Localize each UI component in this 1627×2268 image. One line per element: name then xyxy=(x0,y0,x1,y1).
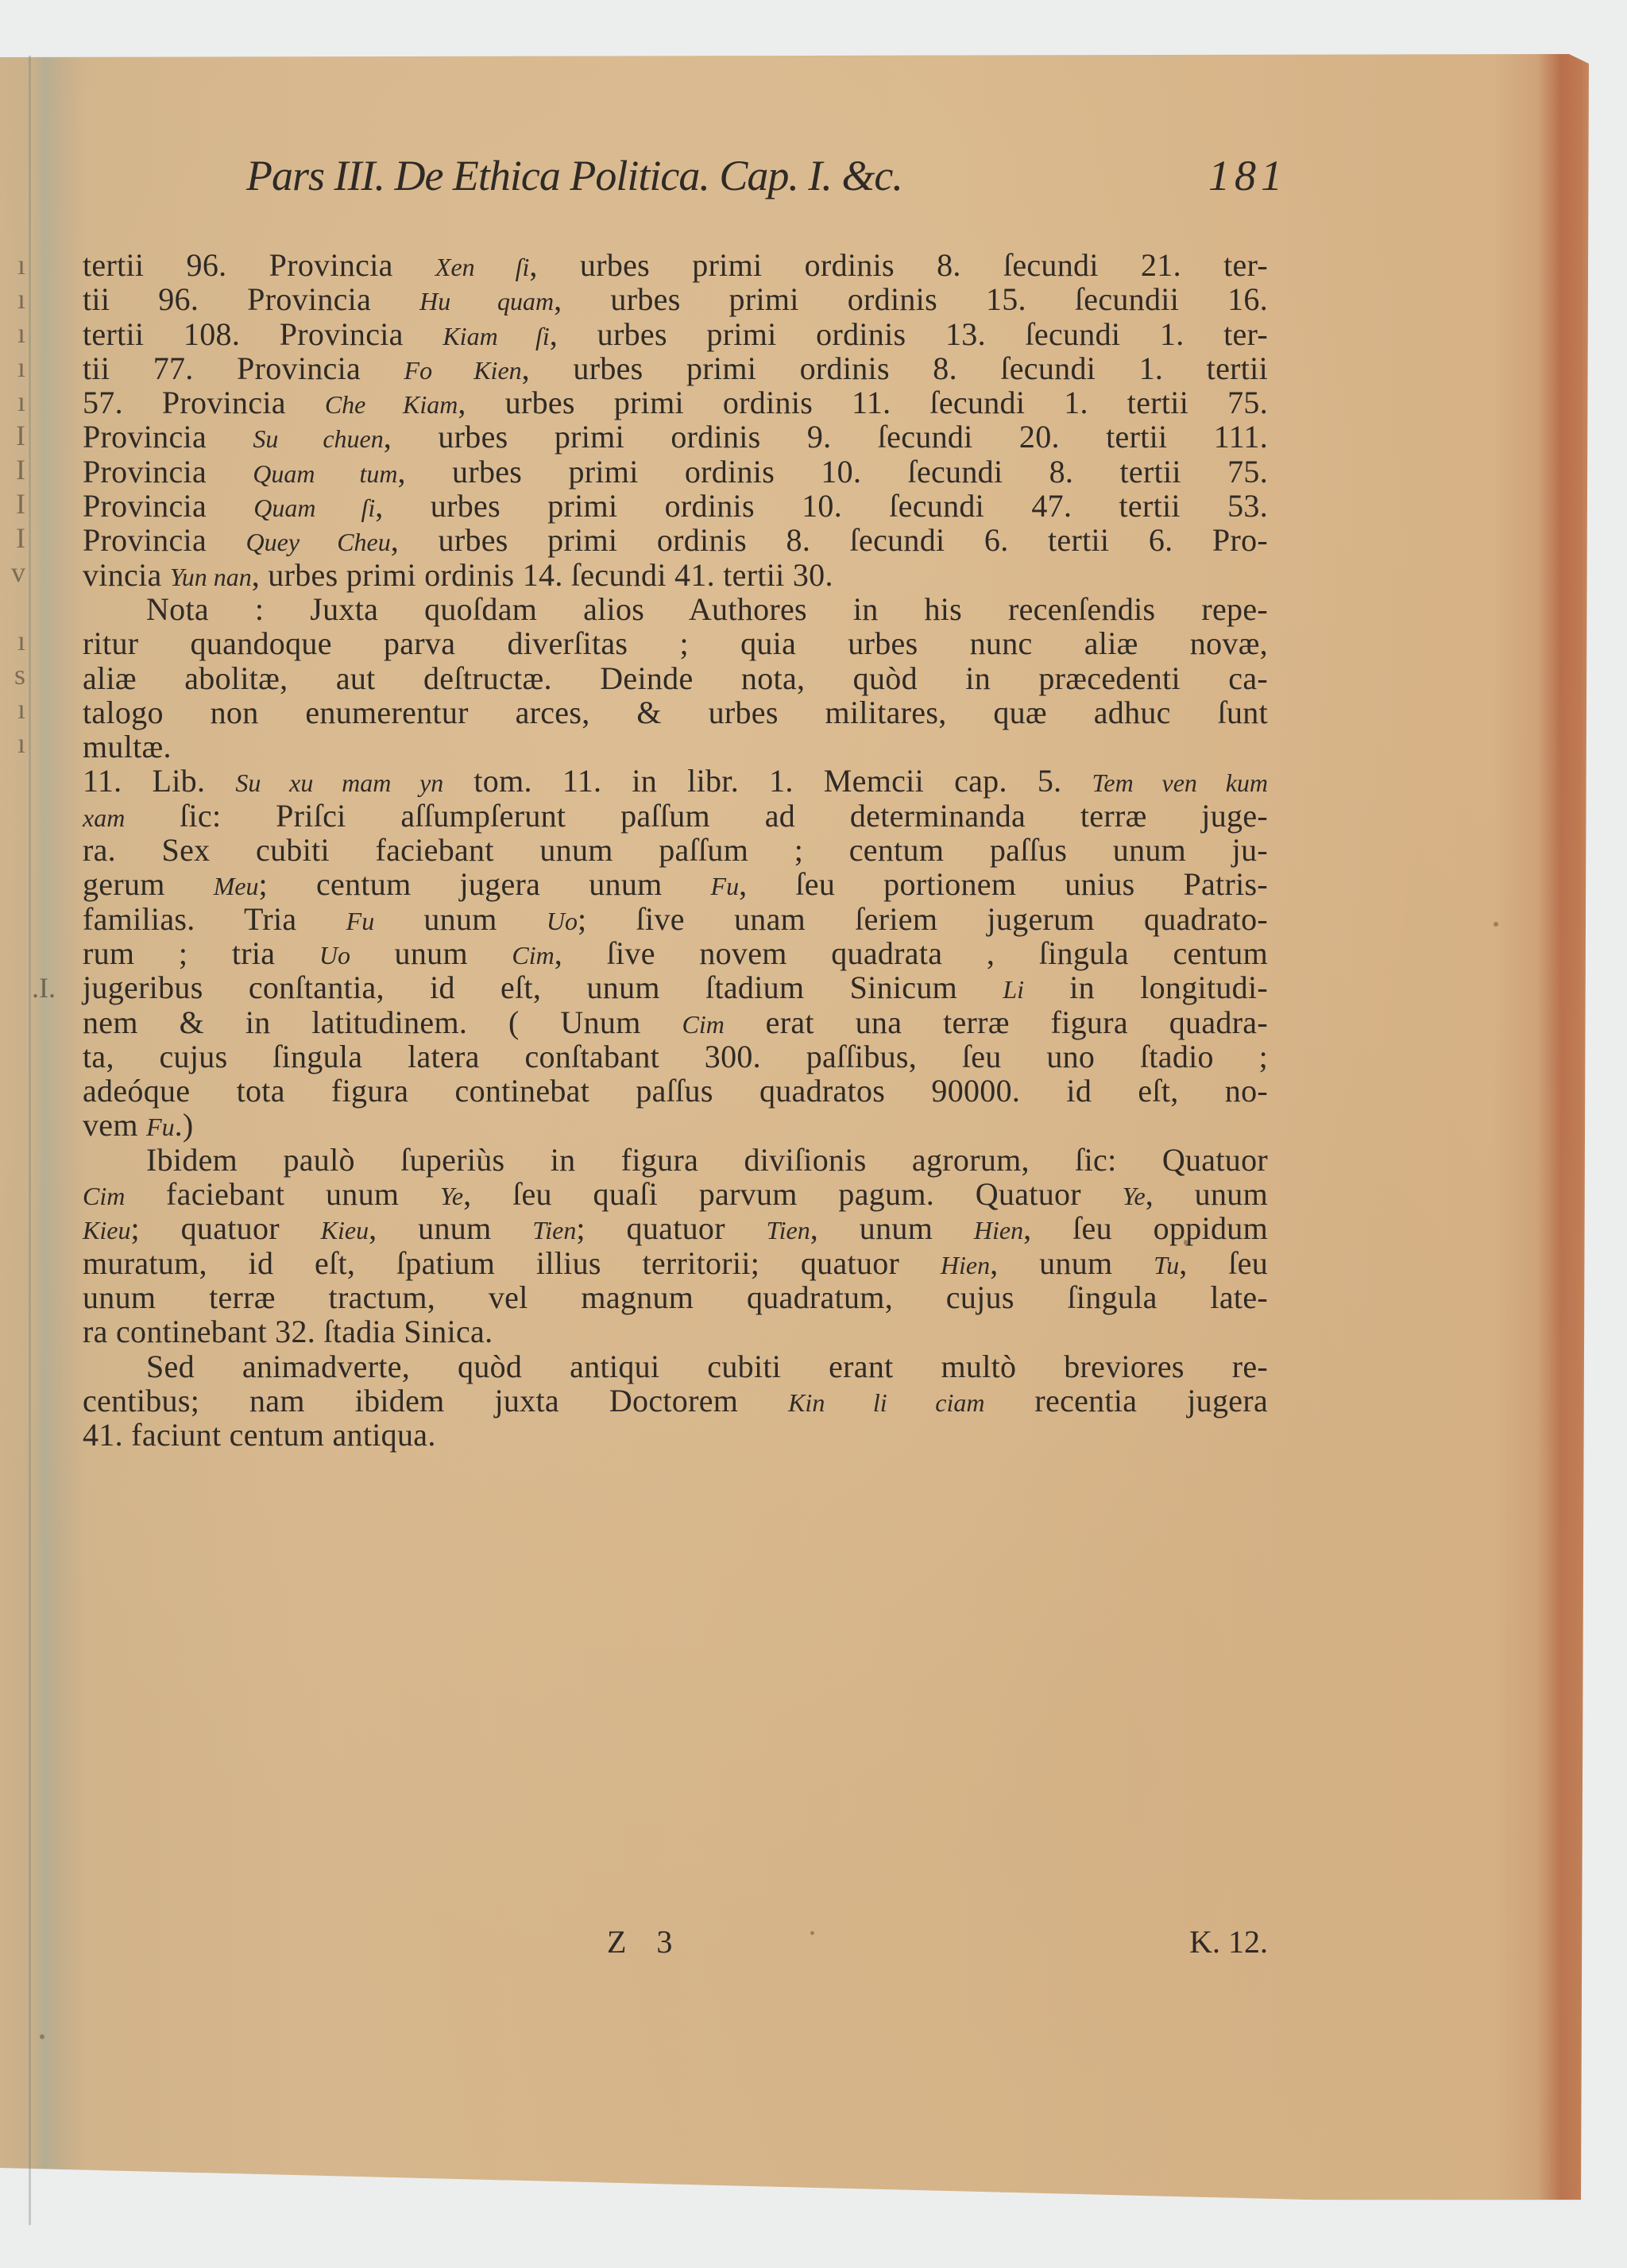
transliterated-term: Meu xyxy=(214,872,259,900)
transliterated-term: Fu xyxy=(146,1113,175,1141)
transliterated-term: Kin li ciam xyxy=(788,1388,984,1417)
page-footer: Z 3 K. 12. xyxy=(83,1923,1268,1963)
transliterated-term: xam xyxy=(83,803,125,832)
catchword: K. 12. xyxy=(1189,1923,1268,1960)
transliterated-term: Xen ſi xyxy=(435,253,529,281)
text-line: tertii 96. Provincia Xen ſi, urbes primi… xyxy=(83,248,1268,282)
ghost-char: I xyxy=(2,419,25,453)
text-line: muratum, id eſt, ſpatium illius territor… xyxy=(83,1246,1268,1280)
text-run: recentia jugera xyxy=(985,1383,1269,1418)
running-head: Pars III. De Ethica Politica. Cap. I. &c… xyxy=(246,151,1287,207)
text-line: ra continebant 32. ſtadia Sinica. xyxy=(83,1314,1268,1349)
text-run: adeóque tota figura continebat paſſus qu… xyxy=(83,1073,1268,1109)
text-run: familias. Tria xyxy=(83,901,346,937)
text-line: ritur quandoque parva diverſitas ; quia … xyxy=(83,626,1268,660)
text-run: , unum xyxy=(810,1210,974,1246)
ghost-char: ı xyxy=(2,316,25,350)
transliterated-term: Su xu mam yn xyxy=(235,768,443,797)
transliterated-term: Tu xyxy=(1154,1251,1179,1279)
text-run: rum ; tria xyxy=(83,935,319,971)
transliterated-term: Fu xyxy=(711,872,740,900)
text-run: , unum xyxy=(990,1245,1154,1281)
transliterated-term: Kieu xyxy=(321,1216,369,1244)
text-run: ra. Sex cubiti faciebant unum paſſum ; c… xyxy=(83,832,1268,868)
text-line: talogo non enumerentur arces, & urbes mi… xyxy=(83,695,1268,730)
text-run: unum xyxy=(374,901,547,937)
text-line: ta, cujus ſingula latera conſtabant 300.… xyxy=(83,1039,1268,1074)
text-line: Sed animadverte, quòd antiqui cubiti era… xyxy=(83,1349,1268,1384)
text-line: Provincia Quam ſi, urbes primi ordinis 1… xyxy=(83,489,1268,523)
text-run: , urbes primi ordinis 15. ſecundii 16. xyxy=(554,281,1268,317)
text-run: ſic: Priſci aſſumpſerunt paſſum ad deter… xyxy=(125,798,1268,834)
transliterated-term: Fu xyxy=(346,907,375,935)
text-line: 11. Lib. Su xu mam yn tom. 11. in libr. … xyxy=(83,764,1268,798)
ghost-char: I xyxy=(2,521,25,555)
text-run: , urbes primi ordinis 8. ſecundi 21. ter… xyxy=(529,247,1268,283)
text-run: 41. faciunt centum antiqua. xyxy=(83,1417,436,1453)
ghost-char: ı xyxy=(2,248,25,282)
text-run: tertii 96. Provincia xyxy=(83,247,435,283)
transliterated-term: Yun nan xyxy=(170,563,252,591)
text-run: unum xyxy=(350,935,512,971)
paper-speck xyxy=(40,2034,44,2039)
text-run: tii 77. Provincia xyxy=(83,350,404,386)
running-head-title: Pars III. De Ethica Politica. Cap. I. &c… xyxy=(246,151,902,200)
ghost-char: ı xyxy=(2,692,25,726)
paper-speck xyxy=(810,1931,814,1935)
text-run: Provincia xyxy=(83,522,246,558)
text-run: Provincia xyxy=(83,454,253,490)
ghost-char: s xyxy=(2,658,25,692)
transliterated-term: Cim xyxy=(83,1182,125,1210)
text-run: , unum xyxy=(1146,1176,1268,1212)
page-number: 181 xyxy=(1208,151,1287,200)
text-line: Provincia Su chuen, urbes primi ordinis … xyxy=(83,420,1268,454)
text-run: unum terræ tractum, vel magnum quadratum… xyxy=(83,1279,1268,1315)
transliterated-term: Hu quam xyxy=(419,287,554,315)
transliterated-term: Tien xyxy=(532,1216,576,1244)
text-line: Ibidem paulò ſuperiùs in figura diviſion… xyxy=(83,1143,1268,1177)
text-run: .) xyxy=(175,1107,194,1143)
text-line: 57. Provincia Che Kiam, urbes primi ordi… xyxy=(83,385,1268,420)
text-line: Nota : Juxta quoſdam alios Authores in h… xyxy=(83,592,1268,626)
text-run: ra continebant 32. ſtadia Sinica. xyxy=(83,1314,493,1349)
text-run: centibus; nam ibidem juxta Doctorem xyxy=(83,1383,788,1418)
transliterated-term: Ye xyxy=(1123,1182,1146,1210)
text-run: Provincia xyxy=(83,419,253,455)
text-line: gerum Meu; centum jugera unum Fu, ſeu po… xyxy=(83,867,1268,901)
text-line: Provincia Quey Cheu, urbes primi ordinis… xyxy=(83,523,1268,557)
text-run: , urbes primi ordinis 10. ſecundi 8. ter… xyxy=(397,454,1268,490)
text-line: tii 96. Provincia Hu quam, urbes primi o… xyxy=(83,282,1268,316)
text-run: erat una terræ figura quadra- xyxy=(725,1004,1268,1040)
text-line: 41. faciunt centum antiqua. xyxy=(83,1418,1268,1452)
text-run: tertii 108. Provincia xyxy=(83,316,442,352)
body-text: tertii 96. Provincia Xen ſi, urbes primi… xyxy=(83,248,1268,1452)
text-line: Cim faciebant unum Ye, ſeu quaſi parvum … xyxy=(83,1177,1268,1211)
text-run: ; quatuor xyxy=(130,1210,320,1246)
text-run: 11. Lib. xyxy=(83,763,235,799)
text-run: , urbes primi ordinis 10. ſecundi 47. te… xyxy=(375,488,1268,524)
text-line: vem Fu.) xyxy=(83,1108,1268,1142)
transliterated-term: Quey Cheu xyxy=(246,528,391,556)
text-line: jugeribus conſtantia, id eſt, unum ſtadi… xyxy=(83,970,1268,1004)
transliterated-term: Li xyxy=(1003,975,1024,1004)
text-run: Nota : Juxta quoſdam alios Authores in h… xyxy=(146,591,1268,627)
text-run: tom. 11. in libr. 1. Memcii cap. 5. xyxy=(443,763,1092,799)
text-run: ; centum jugera unum xyxy=(259,866,711,902)
text-run: Provincia xyxy=(83,488,253,524)
text-run: nem & in latitudinem. ( Unum xyxy=(83,1004,682,1040)
transliterated-term: Kieu xyxy=(83,1216,130,1244)
transliterated-term: Uo xyxy=(319,941,350,970)
signature-mark: Z 3 xyxy=(607,1923,683,1960)
text-run: 57. Provincia xyxy=(83,385,325,420)
text-run: , urbes primi ordinis 8. ſecundi 1. tert… xyxy=(522,350,1268,386)
text-line: adeóque tota figura continebat paſſus qu… xyxy=(83,1074,1268,1108)
ghost-char: ı xyxy=(2,282,25,316)
text-line: Kieu; quatuor Kieu, unum Tien; quatuor T… xyxy=(83,1211,1268,1245)
ghost-char: ı xyxy=(2,726,25,761)
ghost-char xyxy=(2,590,25,624)
paper-speck xyxy=(1184,1240,1188,1245)
transliterated-term: Hien xyxy=(941,1251,990,1279)
text-run: jugeribus conſtantia, id eſt, unum ſtadi… xyxy=(83,970,1003,1005)
text-run: , urbes primi ordinis 14. ſecundi 41. te… xyxy=(252,557,833,593)
text-run: vem xyxy=(83,1107,146,1143)
transliterated-term: Uo xyxy=(547,907,578,935)
text-line: centibus; nam ibidem juxta Doctorem Kin … xyxy=(83,1384,1268,1418)
ghost-char: ı xyxy=(2,624,25,658)
text-run: Ibidem paulò ſuperiùs in figura diviſion… xyxy=(146,1142,1268,1178)
text-run: in longitudi- xyxy=(1024,970,1268,1005)
text-run: , urbes primi ordinis 9. ſecundi 20. ter… xyxy=(384,419,1268,455)
text-run: , urbes primi ordinis 11. ſecundi 1. ter… xyxy=(458,385,1268,420)
text-run: ; ſive unam ſeriem jugerum quadrato- xyxy=(578,901,1268,937)
facing-page-show-through: ıııııIIIIv ısıı xyxy=(2,248,25,761)
gutter-fold-line xyxy=(29,56,31,2225)
text-line: nem & in latitudinem. ( Unum Cim erat un… xyxy=(83,1005,1268,1039)
transliterated-term: Cim xyxy=(512,941,554,970)
text-line: xam ſic: Priſci aſſumpſerunt paſſum ad d… xyxy=(83,799,1268,833)
text-run: ritur quandoque parva diverſitas ; quia … xyxy=(83,625,1268,661)
transliterated-term: Tien xyxy=(767,1216,810,1244)
text-run: vincia xyxy=(83,557,170,593)
text-run: muratum, id eſt, ſpatium illius territor… xyxy=(83,1245,941,1281)
transliterated-term: Su chuen xyxy=(253,424,383,453)
ghost-char: I xyxy=(2,453,25,487)
text-run: tii 96. Provincia xyxy=(83,281,419,317)
text-run: ta, cujus ſingula latera conſtabant 300.… xyxy=(83,1039,1268,1074)
ghost-char: I xyxy=(2,487,25,521)
text-line: tii 77. Provincia Fo Kien, urbes primi o… xyxy=(83,351,1268,385)
text-line: vincia Yun nan, urbes primi ordinis 14. … xyxy=(83,558,1268,592)
transliterated-term: Quam tum xyxy=(253,459,397,488)
transliterated-term: Hien xyxy=(974,1216,1023,1244)
text-run: , unum xyxy=(369,1210,532,1246)
text-line: tertii 108. Provincia Kiam ſi, urbes pri… xyxy=(83,317,1268,351)
text-run: talogo non enumerentur arces, & urbes mi… xyxy=(83,695,1268,730)
text-run: , ſeu portionem unius Patris- xyxy=(739,866,1268,902)
text-line: ra. Sex cubiti faciebant unum paſſum ; c… xyxy=(83,833,1268,867)
transliterated-term: Cim xyxy=(682,1010,724,1039)
ghost-char: ı xyxy=(2,385,25,419)
text-line: rum ; tria Uo unum Cim, ſive novem quadr… xyxy=(83,936,1268,970)
paper-speck xyxy=(1494,922,1498,927)
transliterated-term: Fo Kien xyxy=(404,356,522,385)
text-line: familias. Tria Fu unum Uo; ſive unam ſer… xyxy=(83,902,1268,936)
text-line: multæ. xyxy=(83,730,1268,764)
text-run: , ſeu quaſi parvum pagum. Quatuor xyxy=(463,1176,1123,1212)
ghost-char: v xyxy=(2,555,25,590)
transliterated-term: Tem ven kum xyxy=(1092,768,1268,797)
text-run: aliæ abolitæ, aut deſtructæ. Deinde nota… xyxy=(83,660,1268,696)
transliterated-term: Quam ſi xyxy=(253,493,375,522)
transliterated-term: Kiam ſi xyxy=(442,322,549,350)
text-run: faciebant unum xyxy=(125,1176,440,1212)
text-run: , urbes primi ordinis 13. ſecundi 1. ter… xyxy=(550,316,1268,352)
ghost-char: ı xyxy=(2,350,25,385)
transliterated-term: Che Kiam xyxy=(325,390,458,419)
text-run: multæ. xyxy=(83,729,172,764)
text-run: , ſeu oppidum xyxy=(1023,1210,1268,1246)
text-line: unum terræ tractum, vel magnum quadratum… xyxy=(83,1280,1268,1314)
text-run: Sed animadverte, quòd antiqui cubiti era… xyxy=(146,1349,1268,1384)
text-run: , ſeu xyxy=(1179,1245,1268,1281)
transliterated-term: Ye xyxy=(440,1182,463,1210)
margin-mark: .I. xyxy=(32,971,56,1004)
text-run: , ſive novem quadrata , ſingula centum xyxy=(555,935,1268,971)
text-run: ; quatuor xyxy=(576,1210,766,1246)
text-run: , urbes primi ordinis 8. ſecundi 6. tert… xyxy=(391,522,1268,558)
text-run: gerum xyxy=(83,866,214,902)
text-line: Provincia Quam tum, urbes primi ordinis … xyxy=(83,455,1268,489)
text-line: aliæ abolitæ, aut deſtructæ. Deinde nota… xyxy=(83,661,1268,695)
